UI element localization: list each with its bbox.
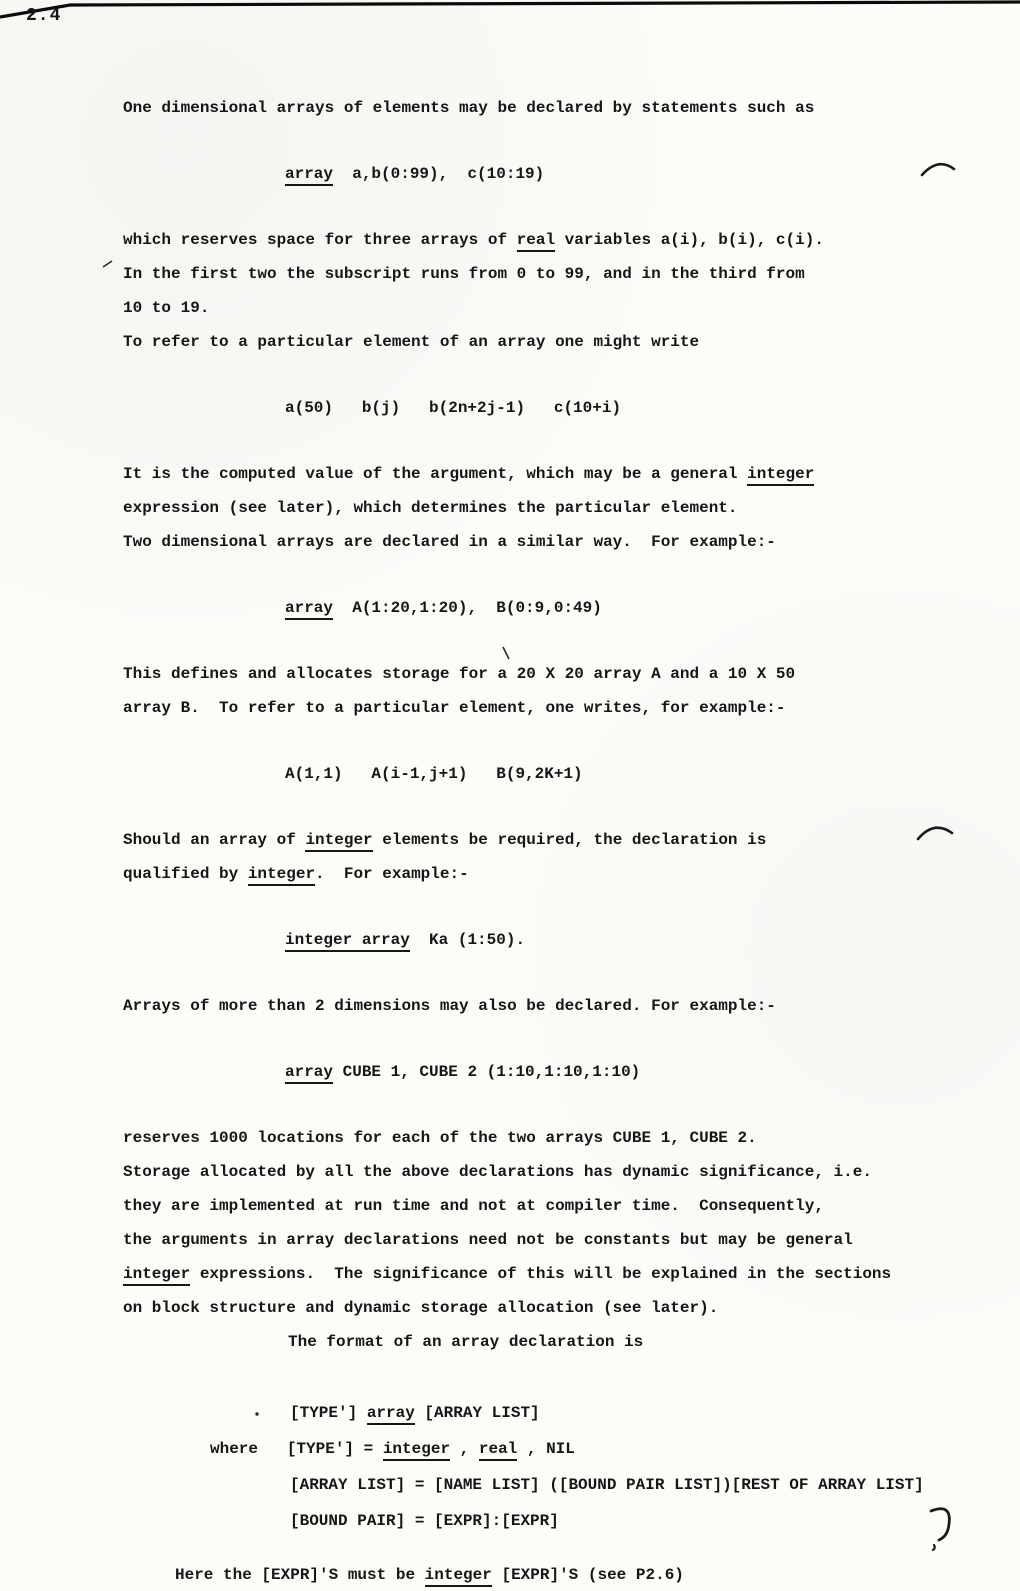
text-line: 10 to 19.: [123, 291, 983, 325]
underlined-keyword: array: [285, 165, 333, 186]
underlined-keyword: integer: [248, 865, 315, 886]
text-segment: variables a(i), b(i), c(i).: [555, 231, 824, 249]
code-line: array CUBE 1, CUBE 2 (1:10,1:10,1:10): [285, 1055, 983, 1089]
page-number: 2.4: [26, 6, 61, 26]
text-line: To refer to a particular element of an a…: [123, 325, 983, 359]
text-line: they are implemented at run time and not…: [123, 1189, 983, 1223]
text-segment: the arguments in array declarations need…: [123, 1231, 853, 1249]
text-segment: [ARRAY LIST] = [NAME LIST] ([BOUND PAIR …: [290, 1476, 924, 1494]
text-line: which reserves space for three arrays of…: [123, 223, 983, 257]
text-line: [ARRAY LIST] = [NAME LIST] ([BOUND PAIR …: [290, 1467, 983, 1503]
text-line: The format of an array declaration is: [288, 1325, 983, 1359]
underlined-keyword: array: [367, 1404, 415, 1425]
text-segment: expressions. The significance of this wi…: [190, 1265, 891, 1283]
text-segment: Arrays of more than 2 dimensions may als…: [123, 997, 776, 1015]
underlined-keyword: integer array: [285, 931, 410, 952]
code-line: array a,b(0:99), c(10:19): [285, 157, 983, 191]
text-segment: [TYPE']: [290, 1404, 367, 1422]
underlined-keyword: integer: [425, 1566, 492, 1587]
text-segment: they are implemented at run time and not…: [123, 1197, 824, 1215]
text-line: It is the computed value of the argument…: [123, 457, 983, 491]
text-segment: [EXPR]'S (see P2.6): [492, 1566, 684, 1584]
text-line: on block structure and dynamic storage a…: [123, 1291, 983, 1325]
text-segment: [ARRAY LIST]: [415, 1404, 540, 1422]
code-line: array A(1:20,1:20), B(0:9,0:49): [285, 591, 983, 625]
code-line: integer array Ka (1:50).: [285, 923, 983, 957]
text-segment: One dimensional arrays of elements may b…: [123, 99, 814, 117]
text-segment: A(1:20,1:20), B(0:9,0:49): [333, 599, 602, 617]
text-segment: ,: [450, 1440, 479, 1458]
text-segment: [BOUND PAIR] = [EXPR]:[EXPR]: [290, 1512, 559, 1530]
text-segment: which reserves space for three arrays of: [123, 231, 517, 249]
text-segment: expression (see later), which determines…: [123, 499, 738, 517]
underlined-keyword: integer: [305, 831, 372, 852]
text-segment: A(1,1) A(i-1,j+1) B(9,2K+1): [285, 765, 583, 783]
text-line: array B. To refer to a particular elemen…: [123, 691, 983, 725]
underlined-keyword: integer: [123, 1265, 190, 1286]
text-line: reserves 1000 locations for each of the …: [123, 1121, 983, 1155]
text-line: [TYPE'] array [ARRAY LIST]: [290, 1395, 983, 1431]
text-segment: qualified by: [123, 865, 248, 883]
underlined-keyword: real: [479, 1440, 517, 1461]
text-segment: , NIL: [517, 1440, 575, 1458]
text-line: In the first two the subscript runs from…: [123, 257, 983, 291]
text-segment: a(50) b(j) b(2n+2j-1) c(10+i): [285, 399, 621, 417]
text-line: integer expressions. The significance of…: [123, 1257, 983, 1291]
underlined-keyword: integer: [747, 465, 814, 486]
scanned-document-page: 2.4 One dimensional arrays of elements m…: [0, 0, 1020, 1591]
text-segment: a,b(0:99), c(10:19): [333, 165, 544, 183]
text-line: Two dimensional arrays are declared in a…: [123, 525, 983, 559]
underlined-keyword: real: [517, 231, 555, 252]
text-line: Should an array of integer elements be r…: [123, 823, 983, 857]
text-segment: Two dimensional arrays are declared in a…: [123, 533, 776, 551]
text-segment: To refer to a particular element of an a…: [123, 333, 699, 351]
text-segment: Ka (1:50).: [410, 931, 525, 949]
text-segment: reserves 1000 locations for each of the …: [123, 1129, 757, 1147]
text-line: Here the [EXPR]'S must be integer [EXPR]…: [175, 1558, 983, 1591]
text-line: Storage allocated by all the above decla…: [123, 1155, 983, 1189]
text-segment: on block structure and dynamic storage a…: [123, 1299, 718, 1317]
text-line: the arguments in array declarations need…: [123, 1223, 983, 1257]
text-line: This defines and allocates storage for a…: [123, 657, 983, 691]
text-segment: Here the [EXPR]'S must be: [175, 1566, 425, 1584]
code-line: a(50) b(j) b(2n+2j-1) c(10+i): [285, 391, 983, 425]
underlined-keyword: integer: [383, 1440, 450, 1461]
code-line: A(1,1) A(i-1,j+1) B(9,2K+1): [285, 757, 983, 791]
text-segment: where [TYPE'] =: [210, 1440, 383, 1458]
text-segment: This defines and allocates storage for a…: [123, 665, 795, 683]
text-line: expression (see later), which determines…: [123, 491, 983, 525]
text-line: where [TYPE'] = integer , real , NIL: [210, 1431, 983, 1467]
text-segment: array B. To refer to a particular elemen…: [123, 699, 786, 717]
text-segment: The format of an array declaration is: [288, 1333, 643, 1351]
text-segment: 10 to 19.: [123, 299, 209, 317]
underlined-keyword: array: [285, 599, 333, 620]
text-line: qualified by integer. For example:-: [123, 857, 983, 891]
text-line: Arrays of more than 2 dimensions may als…: [123, 989, 983, 1023]
text-segment: Should an array of: [123, 831, 305, 849]
text-segment: It is the computed value of the argument…: [123, 465, 747, 483]
text-segment: . For example:-: [315, 865, 469, 883]
underlined-keyword: array: [285, 1063, 333, 1084]
text-segment: elements be required, the declaration is: [373, 831, 767, 849]
text-line: [BOUND PAIR] = [EXPR]:[EXPR]: [290, 1503, 983, 1539]
text-segment: In the first two the subscript runs from…: [123, 265, 805, 283]
scan-top-edge: [0, 0, 1020, 24]
text-segment: Storage allocated by all the above decla…: [123, 1163, 872, 1181]
text-line: One dimensional arrays of elements may b…: [123, 91, 983, 125]
document-body: One dimensional arrays of elements may b…: [123, 91, 983, 1591]
text-segment: CUBE 1, CUBE 2 (1:10,1:10,1:10): [333, 1063, 640, 1081]
stray-tick: [103, 261, 112, 267]
